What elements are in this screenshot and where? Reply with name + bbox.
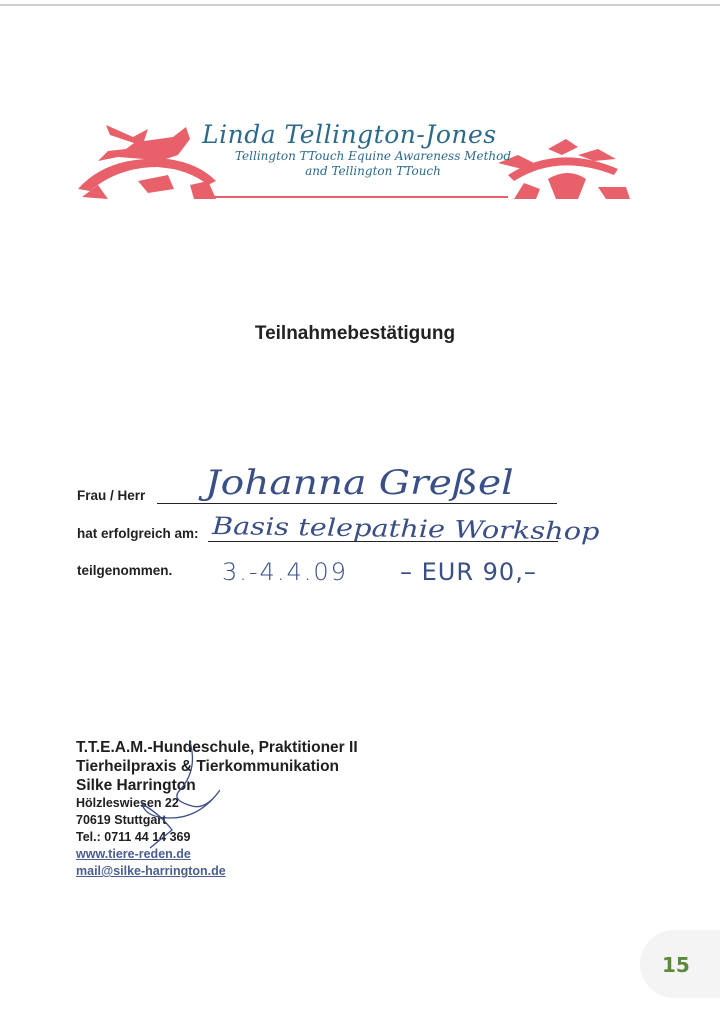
logo-banner: Linda Tellington-Jones Tellington TTouch… bbox=[78, 115, 634, 205]
logo-subtitle-line2: and Tellington TTouch bbox=[198, 164, 548, 179]
closing-label: teilgenommen. bbox=[77, 563, 172, 578]
email-link[interactable]: mail@silke-harrington.de bbox=[76, 863, 358, 880]
course-label: hat erfolgreich am: bbox=[77, 526, 199, 541]
page-number: 15 bbox=[662, 953, 690, 977]
date-handwritten: 3.-4.4.09 bbox=[222, 558, 348, 586]
logo-subtitle-line1: Tellington TTouch Equine Awareness Metho… bbox=[198, 149, 548, 164]
price-handwritten: – EUR 90,– bbox=[400, 558, 537, 586]
logo-subtitle: Tellington TTouch Equine Awareness Metho… bbox=[198, 149, 548, 179]
name-underline bbox=[157, 503, 557, 504]
signature-scribble bbox=[110, 740, 220, 850]
logo-name: Linda Tellington-Jones bbox=[202, 120, 542, 149]
course-handwritten: Basis telepathie Workshop bbox=[212, 512, 600, 546]
top-border bbox=[0, 4, 720, 6]
name-handwritten: Johanna Greßel bbox=[205, 463, 514, 503]
name-label: Frau / Herr bbox=[77, 488, 145, 503]
document-title: Teilnahmebestätigung bbox=[0, 323, 710, 345]
